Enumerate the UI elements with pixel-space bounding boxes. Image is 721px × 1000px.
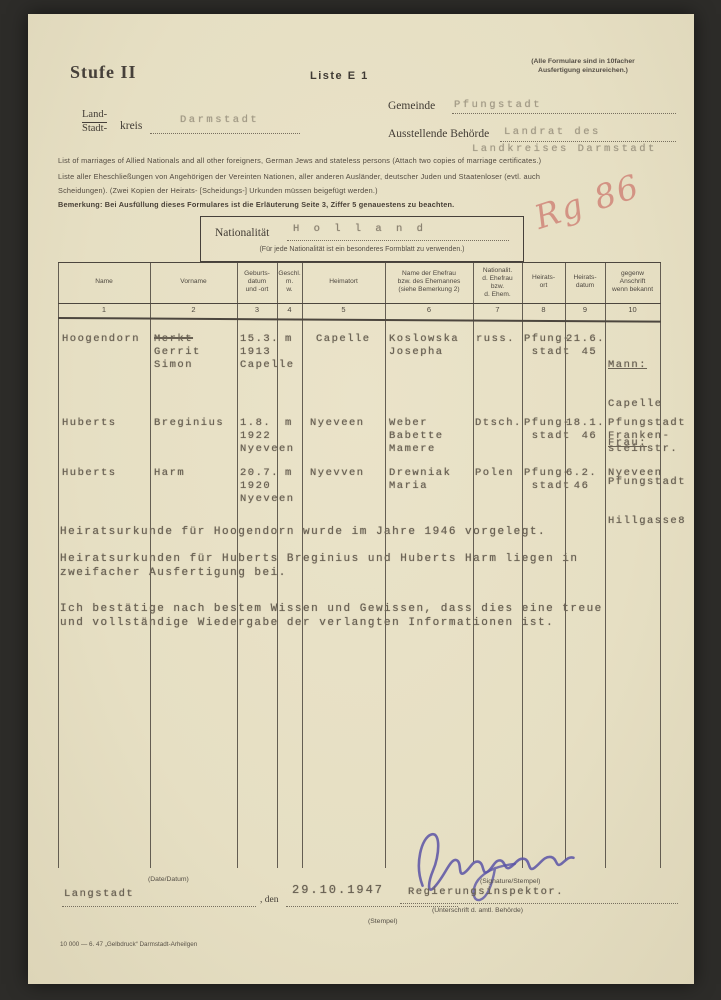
- row-2-heiratsort: Pfung- stadt: [524, 417, 571, 443]
- col-number-5: 5: [302, 305, 385, 314]
- col-number-3: 3: [237, 305, 277, 314]
- col-number-9: 9: [565, 305, 605, 314]
- row-2-geschlecht: m: [285, 417, 293, 430]
- table-header-col-6: Name der Ehefrau bzw. des Ehemannes (sie…: [385, 270, 473, 294]
- row-3-heiratsdatum: 6.2. 46: [566, 467, 597, 493]
- date-value: 29.10.1947: [292, 884, 384, 897]
- col-number-7: 7: [473, 305, 522, 314]
- col-number-6: 6: [385, 305, 473, 314]
- form-copies-note: (Alle Formulare sind in 10facher Ausfert…: [498, 57, 668, 75]
- row-3-ehepartner: Drewniak Maria: [389, 467, 451, 493]
- col-number-4: 4: [277, 305, 302, 314]
- col-number-8: 8: [522, 305, 565, 314]
- row-3-anschrift: Nyeveen: [608, 467, 663, 480]
- kreis-line: [150, 133, 300, 134]
- row-1-heiratsdatum: 21.6. 45: [566, 333, 605, 359]
- table-header-col-5: Heimatort: [302, 278, 385, 286]
- row-1-ehepartner: Koslowska Josepha: [389, 333, 459, 359]
- row-2-vorname: Breginius: [154, 417, 224, 430]
- kreis-label-suffix: kreis: [120, 120, 142, 132]
- row-2-heiratsdatum: 18.1. 46: [566, 417, 605, 443]
- gemeinde-value: Pfungstadt: [454, 99, 542, 112]
- table-vline-9: [605, 262, 606, 868]
- stufe-label: Stufe II: [70, 62, 137, 83]
- table-header-col-8: Heirats- ort: [522, 274, 565, 290]
- row-3-name: Huberts: [62, 467, 117, 480]
- table-vline-0: [58, 262, 59, 868]
- table-top-rule: [58, 262, 661, 263]
- table-header-col-2: Vorname: [150, 278, 237, 286]
- official-line: [400, 903, 678, 904]
- table-header-col-7: Nationalit. d. Ehefrau bzw. d. Ehem.: [473, 267, 522, 299]
- signature-label: (Signature/Stempel): [480, 877, 540, 886]
- intro-german-1: Liste aller Eheschließungen von Angehöri…: [58, 172, 672, 182]
- gemeinde-label: Gemeinde: [388, 100, 435, 112]
- row-2-ehepartner: Weber Babette Mamere: [389, 417, 444, 456]
- col-number-2: 2: [150, 305, 237, 314]
- kreis-value: Darmstadt: [180, 114, 259, 127]
- row-1-nationalitaet: russ.: [476, 333, 515, 346]
- table-number-rule: [58, 317, 661, 322]
- table-header-rule: [58, 303, 661, 304]
- unterschrift-label: (Unterschrift d. amtl. Behörde): [432, 906, 523, 915]
- row-1-geschlecht: m: [285, 333, 293, 346]
- row-2-heimatort: Nyeveen: [310, 417, 365, 430]
- intro-english: List of marriages of Allied Nationals an…: [58, 156, 672, 166]
- row-3-heimatort: Nyevven: [310, 467, 365, 480]
- nationality-note: (Für jede Nationalität ist ein besondere…: [201, 245, 523, 255]
- row-1-heimatort: Capelle: [316, 333, 371, 346]
- statement-2: Heiratsurkunden für Huberts Breginius un…: [60, 553, 578, 580]
- document-paper: Stufe II Liste E 1 (Alle Formulare sind …: [28, 14, 694, 984]
- row-1-vorname: Gerrit Simon: [154, 346, 201, 372]
- behoerde-value-line2: Landkreises Darmstadt: [472, 143, 657, 156]
- scan-background: { "header": { "stufe": "Stufe II", "list…: [0, 0, 721, 1000]
- date-label: (Date/Datum): [148, 875, 189, 884]
- row-2-name: Huberts: [62, 417, 117, 430]
- marriage-table: Name Vorname Geburts- datum und -ort Ges…: [58, 262, 661, 868]
- row-1-anschrift-mann-ort: Capelle: [608, 398, 686, 411]
- table-header-col-4: Geschl. m. w.: [277, 270, 302, 294]
- row-3-vorname: Harm: [154, 467, 185, 480]
- table-header-col-10: gegenw Anschrift wenn bekannt: [605, 270, 660, 294]
- nationality-box: Nationalität H o l l a n d (Für jede Nat…: [200, 216, 524, 262]
- kreis-label-stadt: Stadt-: [82, 123, 107, 134]
- behoerde-line: [500, 141, 676, 142]
- kreis-fraction: Land- Stadt-: [82, 109, 107, 135]
- row-1-heiratsort: Pfung- stadt: [524, 333, 571, 359]
- stempel-label: (Stempel): [368, 917, 397, 926]
- row-1-vorname-struck: Merkt: [154, 333, 201, 346]
- col-number-1: 1: [58, 305, 150, 314]
- row-3-geschlecht: m: [285, 467, 293, 480]
- table-header-col-1: Name: [58, 278, 150, 286]
- row-3-heiratsort: Pfung- stadt: [524, 467, 571, 493]
- den-label: , den: [260, 895, 278, 905]
- place-value: Langstadt: [64, 888, 134, 901]
- nationality-label: Nationalität: [215, 227, 269, 239]
- liste-label: Liste E 1: [310, 70, 369, 82]
- row-1-anschrift-strasse: Hillgasse8: [608, 515, 686, 528]
- table-header-col-9: Heirats- datum: [565, 274, 605, 290]
- statement-1: Heiratsurkunde für Hoogendorn wurde im J…: [60, 526, 546, 540]
- behoerde-label: Ausstellende Behörde: [388, 128, 489, 140]
- col-number-10: 10: [605, 305, 660, 314]
- place-line: [62, 906, 256, 907]
- nationality-line: [287, 240, 509, 241]
- gemeinde-line: [452, 113, 676, 114]
- official-title-value: Regierungsinspektor.: [408, 886, 564, 899]
- row-2-anschrift: Pfungstadt Franken- steinstr.: [608, 417, 686, 456]
- row-3-nationalitaet: Polen: [475, 467, 514, 480]
- print-imprint: 10 000 — 6. 47 „Gelbdruck“ Darmstadt-Arh…: [60, 941, 197, 948]
- nationality-value: H o l l a n d: [293, 223, 427, 236]
- row-1-anschrift-mann-label: Mann:: [608, 359, 686, 372]
- kreis-label-land: Land-: [82, 109, 107, 123]
- row-1-name: Hoogendorn: [62, 333, 140, 346]
- row-2-nationalitaet: Dtsch.: [475, 417, 522, 430]
- row-1-vorname-cell: Merkt Gerrit Simon: [154, 333, 201, 372]
- table-header-col-3: Geburts- datum und -ort: [237, 270, 277, 294]
- behoerde-value-line1: Landrat des: [504, 126, 601, 139]
- statement-3: Ich bestätige nach bestem Wissen und Gew…: [60, 603, 603, 630]
